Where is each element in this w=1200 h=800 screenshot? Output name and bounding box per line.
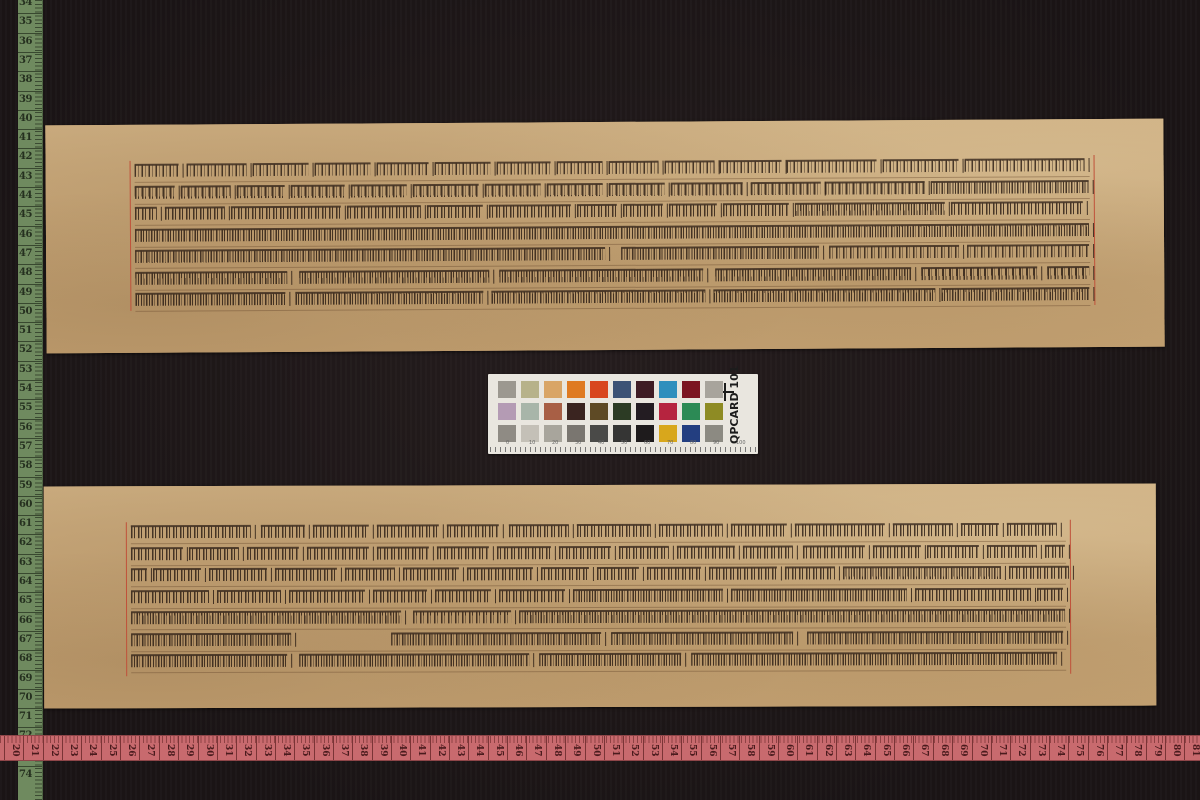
tape-number: 63 [842, 744, 852, 757]
tape-mark: 39 [18, 91, 42, 111]
color-patch [590, 403, 608, 420]
tape-mark: 38 [352, 736, 372, 760]
tape-number: 54 [19, 383, 32, 394]
tibetan-word-group [559, 546, 611, 558]
color-patch [682, 403, 700, 420]
tape-mark: 21 [23, 736, 43, 760]
tape-number: 51 [19, 325, 32, 336]
tape-number: 37 [339, 744, 349, 757]
tibetan-word-group [435, 590, 491, 602]
tibetan-word-group [467, 568, 533, 580]
tape-mark: 61 [797, 736, 817, 760]
tape-mark: 73 [1030, 736, 1050, 760]
tibetan-word-group [731, 525, 787, 537]
tape-number: 56 [19, 422, 32, 433]
tape-number: 42 [19, 151, 32, 162]
tape-number: 69 [958, 744, 968, 757]
tape-number: 66 [19, 615, 32, 626]
color-patch [498, 403, 516, 420]
tape-number: 45 [19, 209, 32, 220]
tibetan-word-group [247, 547, 299, 559]
tibetan-word-group [275, 569, 337, 581]
tape-mark: 65 [875, 736, 895, 760]
tape-number: 35 [300, 744, 310, 757]
tape-number: 60 [19, 499, 32, 510]
tape-number: 46 [19, 229, 32, 240]
tibetan-word-group [731, 589, 907, 601]
tape-mark: 48 [546, 736, 566, 760]
tape-mark: 44 [468, 736, 488, 760]
tibetan-word-group [873, 546, 921, 558]
tibetan-word-group [217, 590, 281, 602]
tibetan-word-group [413, 184, 479, 196]
horizontal-measuring-tape: 2021222324252627282930313233343536373839… [0, 735, 1200, 761]
tibetan-word-group [413, 611, 511, 623]
tape-number: 24 [87, 744, 97, 757]
manuscript-folio-top [45, 119, 1164, 354]
tape-mark: 41 [18, 129, 42, 149]
tape-number: 57 [726, 744, 736, 757]
tibetan-word-group [611, 632, 793, 644]
tibetan-word-group [669, 204, 717, 216]
tape-mark: 47 [526, 736, 546, 760]
manuscript-text-line [131, 627, 1066, 651]
tape-number: 80 [1171, 744, 1181, 757]
tape-number: 46 [513, 744, 523, 757]
tape-number: 71 [19, 711, 32, 722]
tibetan-word-group [577, 205, 617, 217]
tape-mark: 37 [18, 52, 42, 72]
tape-number: 23 [68, 744, 78, 757]
card-scale-label: 70 [667, 440, 673, 446]
tibetan-word-group [391, 632, 601, 645]
tape-mark: 70 [18, 689, 42, 709]
tape-number: 48 [552, 744, 562, 757]
tibetan-word-group [299, 654, 529, 667]
tape-mark: 71 [18, 708, 42, 728]
tape-number: 38 [358, 744, 368, 757]
tibetan-word-group [427, 206, 483, 218]
tape-mark: 51 [18, 322, 42, 342]
tibetan-word-group [677, 546, 735, 558]
tape-number: 79 [1152, 744, 1162, 757]
tape-number: 77 [1113, 744, 1123, 757]
tape-number: 62 [823, 744, 833, 757]
tape-mark: 64 [855, 736, 875, 760]
tape-mark: 62 [18, 534, 42, 554]
tape-mark: 55 [681, 736, 701, 760]
tape-mark: 34 [18, 0, 42, 14]
tape-mark: 59 [759, 736, 779, 760]
tape-mark: 24 [81, 736, 101, 760]
tibetan-word-group [351, 185, 407, 197]
tibetan-word-group [131, 591, 209, 603]
tape-number: 43 [455, 744, 465, 757]
tibetan-word-group [927, 546, 979, 558]
tape-number: 43 [19, 171, 32, 182]
tape-number: 67 [919, 744, 929, 757]
color-patch [544, 381, 562, 398]
tibetan-word-group [135, 224, 1089, 242]
tape-mark: 36 [314, 736, 334, 760]
tibetan-word-group [345, 569, 395, 581]
tibetan-word-group [623, 205, 663, 217]
tibetan-word-group [189, 547, 239, 559]
tape-mark: 72 [1010, 736, 1030, 760]
tibetan-word-group [131, 655, 287, 667]
tibetan-word-group [231, 207, 341, 220]
tibetan-word-group [967, 245, 1089, 258]
tibetan-word-group [307, 547, 369, 559]
tape-mark: 43 [18, 168, 42, 188]
card-scale-label: 80 [690, 440, 696, 446]
tibetan-word-group [691, 653, 1057, 666]
tape-mark: 45 [18, 206, 42, 226]
tape-mark: 50 [585, 736, 605, 760]
tape-mark: 34 [275, 736, 295, 760]
tape-number: 39 [19, 94, 32, 105]
tape-mark: 52 [623, 736, 643, 760]
tape-mark: 77 [1107, 736, 1127, 760]
tape-mark: 48 [18, 264, 42, 284]
tibetan-word-group [491, 290, 705, 303]
tibetan-word-group [131, 633, 291, 645]
tape-number: 35 [19, 16, 32, 27]
card-scale-label: 60 [644, 440, 650, 446]
tape-number: 39 [378, 744, 388, 757]
tape-mark: 63 [836, 736, 856, 760]
tibetan-word-group [751, 182, 821, 194]
manuscript-text-line [131, 649, 1066, 673]
color-calibration-card: QPCARD 101 0102030405060708090100 [488, 374, 758, 454]
tape-number: 52 [19, 344, 32, 355]
tibetan-word-group [647, 568, 701, 580]
tape-mark: 58 [739, 736, 759, 760]
tape-mark: 69 [18, 670, 42, 690]
tape-mark: 31 [217, 736, 237, 760]
tape-number: 64 [861, 744, 871, 757]
tape-number: 33 [262, 744, 272, 757]
tibetan-word-group [295, 292, 483, 305]
tibetan-word-group [713, 289, 935, 302]
color-patch [705, 381, 723, 398]
tape-number: 50 [591, 744, 601, 757]
folio-text-block [126, 520, 1071, 676]
tape-number: 42 [436, 744, 446, 757]
tibetan-word-group [135, 293, 285, 306]
tape-number: 55 [687, 744, 697, 757]
tape-number: 69 [19, 673, 32, 684]
tape-number: 25 [107, 744, 117, 757]
color-patch [567, 381, 585, 398]
card-scale-label: 40 [598, 440, 604, 446]
card-scale-label: 50 [621, 440, 627, 446]
tape-mark: 23 [62, 736, 82, 760]
tibetan-word-group [1037, 588, 1063, 600]
tibetan-word-group [795, 203, 945, 216]
tape-number: 50 [19, 306, 32, 317]
tape-mark: 40 [18, 110, 42, 130]
tibetan-word-group [135, 248, 605, 263]
tibetan-word-group [131, 569, 147, 581]
tibetan-word-group [1045, 545, 1065, 557]
manuscript-text-line [131, 541, 1066, 565]
card-scale-label: 10 [529, 440, 535, 446]
tape-number: 28 [165, 744, 175, 757]
color-patch [521, 403, 539, 420]
tibetan-word-group [135, 271, 287, 284]
tape-mark: 56 [701, 736, 721, 760]
tape-number: 67 [19, 634, 32, 645]
tibetan-word-group [715, 268, 911, 281]
color-patch [590, 381, 608, 398]
tape-number: 53 [649, 744, 659, 757]
tape-mark: 29 [178, 736, 198, 760]
tape-number: 48 [19, 267, 32, 278]
tibetan-word-group [489, 205, 571, 218]
tibetan-word-group [437, 547, 489, 559]
tape-mark: 45 [488, 736, 508, 760]
tibetan-word-group [557, 162, 603, 174]
tape-mark: 50 [18, 303, 42, 323]
tibetan-word-group [181, 186, 231, 198]
card-scale-label: 90 [713, 440, 719, 446]
tape-mark: 60 [18, 496, 42, 516]
tibetan-word-group [743, 546, 793, 558]
tape-mark: 38 [18, 71, 42, 91]
color-patch [659, 381, 677, 398]
tape-mark: 37 [333, 736, 353, 760]
manuscript-folio-bottom [44, 484, 1157, 709]
tibetan-word-group [497, 162, 551, 174]
tape-mark: 57 [18, 438, 42, 458]
tape-mark: 64 [18, 573, 42, 593]
manuscript-text-line [131, 584, 1066, 608]
tibetan-word-group [621, 247, 819, 260]
tape-mark: 80 [1165, 736, 1185, 760]
tape-number: 36 [320, 744, 330, 757]
tibetan-word-group [609, 162, 659, 174]
tape-number: 57 [19, 441, 32, 452]
tape-mark: 44 [18, 187, 42, 207]
tibetan-word-group [843, 567, 1001, 579]
tape-number: 47 [532, 744, 542, 757]
tape-number: 62 [19, 537, 32, 548]
color-patch [544, 403, 562, 420]
tibetan-word-group [961, 524, 999, 536]
tape-number: 32 [242, 744, 252, 757]
tape-mark: 59 [18, 477, 42, 497]
tape-mark: 66 [894, 736, 914, 760]
tape-mark: 60 [778, 736, 798, 760]
color-patch [659, 403, 677, 420]
tibetan-word-group [435, 163, 491, 175]
tape-mark: 36 [18, 33, 42, 53]
tibetan-word-group [1007, 524, 1057, 536]
tibetan-word-group [209, 569, 267, 581]
tape-number: 58 [745, 744, 755, 757]
color-patch [682, 381, 700, 398]
tape-mark: 39 [372, 736, 392, 760]
tape-number: 38 [19, 74, 32, 85]
tape-mark: 70 [972, 736, 992, 760]
tape-mark: 55 [18, 399, 42, 419]
tape-mark: 79 [1146, 736, 1166, 760]
tibetan-word-group [965, 159, 1085, 172]
tibetan-word-group [131, 526, 251, 538]
tape-number: 41 [416, 744, 426, 757]
tape-mark: 33 [256, 736, 276, 760]
tape-number: 78 [1132, 744, 1142, 757]
tibetan-word-group [485, 184, 541, 196]
tape-number: 40 [397, 744, 407, 757]
tibetan-word-group [1009, 567, 1069, 579]
tape-number: 53 [19, 364, 32, 375]
card-scale-label: 20 [552, 440, 558, 446]
tape-number: 36 [19, 36, 32, 47]
tape-number: 54 [668, 744, 678, 757]
tibetan-word-group [403, 568, 459, 580]
tape-mark: 62 [817, 736, 837, 760]
tape-mark: 40 [391, 736, 411, 760]
tape-number: 76 [1094, 744, 1104, 757]
tape-number: 21 [29, 744, 39, 757]
tape-number: 45 [494, 744, 504, 757]
tibetan-word-group [497, 547, 551, 559]
tape-mark: 63 [18, 554, 42, 574]
tape-number: 34 [281, 744, 291, 757]
tibetan-word-group [619, 546, 669, 558]
manuscript-text-line [131, 606, 1066, 630]
tape-number: 20 [10, 744, 20, 757]
color-patch [521, 381, 539, 398]
color-patch [567, 403, 585, 420]
tape-number: 63 [19, 557, 32, 568]
tape-number: 66 [900, 744, 910, 757]
tibetan-word-group [291, 185, 345, 197]
tibetan-word-group [447, 525, 499, 537]
tibetan-word-group [807, 631, 1063, 644]
tape-number: 70 [19, 692, 32, 703]
tape-number: 27 [145, 744, 155, 757]
tibetan-word-group [609, 183, 665, 195]
color-patch [498, 381, 516, 398]
tape-mark: 69 [952, 736, 972, 760]
tape-mark: 30 [198, 736, 218, 760]
tape-mark: 49 [18, 284, 42, 304]
tibetan-word-group [299, 270, 489, 283]
color-patch [636, 403, 654, 420]
tibetan-word-group [915, 588, 1031, 600]
folio-text-block [130, 155, 1096, 311]
tape-number: 55 [19, 402, 32, 413]
tibetan-word-group [253, 164, 309, 176]
tape-number: 29 [184, 744, 194, 757]
tibetan-word-group [131, 548, 183, 560]
tibetan-word-group [261, 526, 305, 538]
tibetan-word-group [153, 569, 201, 581]
tibetan-word-group [597, 568, 639, 580]
tape-mark: 32 [236, 736, 256, 760]
tape-number: 52 [629, 744, 639, 757]
tape-mark: 68 [18, 650, 42, 670]
tape-mark: 61 [18, 515, 42, 535]
tape-mark: 35 [294, 736, 314, 760]
tape-number: 56 [707, 744, 717, 757]
tape-mark: 67 [18, 631, 42, 651]
vertical-measuring-tape: 3435363738394041424344454647484950515253… [18, 0, 43, 800]
tibetan-word-group [671, 183, 743, 195]
tibetan-word-group [665, 161, 715, 173]
tape-mark: 53 [643, 736, 663, 760]
tape-mark: 74 [18, 766, 42, 786]
tape-mark: 75 [1068, 736, 1088, 760]
tibetan-word-group [1047, 267, 1089, 279]
tape-mark: 57 [720, 736, 740, 760]
tape-number: 60 [784, 744, 794, 757]
tibetan-word-group [347, 206, 421, 218]
tape-number: 49 [19, 287, 32, 298]
tape-number: 73 [1036, 744, 1046, 757]
tibetan-word-group [237, 185, 285, 197]
tape-number: 59 [19, 480, 32, 491]
tape-mark: 74 [1049, 736, 1069, 760]
tibetan-word-group [931, 181, 1089, 194]
tibetan-word-group [795, 524, 885, 536]
tape-number: 31 [223, 744, 233, 757]
tape-number: 61 [19, 518, 32, 529]
tape-mark: 49 [565, 736, 585, 760]
tape-mark: 25 [101, 736, 121, 760]
tape-number: 71 [997, 744, 1007, 757]
tape-mark: 76 [1088, 736, 1108, 760]
tape-mark: 42 [18, 148, 42, 168]
tape-number: 65 [19, 595, 32, 606]
tibetan-word-group [135, 208, 157, 220]
tibetan-word-group [541, 568, 589, 580]
tape-mark: 41 [410, 736, 430, 760]
tape-mark: 27 [139, 736, 159, 760]
tape-number: 64 [19, 576, 32, 587]
tape-mark: 46 [18, 226, 42, 246]
tibetan-word-group [289, 590, 365, 602]
tape-mark: 47 [18, 245, 42, 265]
tape-number: 61 [803, 744, 813, 757]
tape-mark: 66 [18, 612, 42, 632]
tape-mark: 65 [18, 592, 42, 612]
color-patch [636, 381, 654, 398]
tape-mark: 46 [507, 736, 527, 760]
tape-number: 65 [881, 744, 891, 757]
tibetan-word-group [315, 163, 371, 175]
tibetan-word-group [135, 165, 179, 177]
tape-number: 58 [19, 460, 32, 471]
tibetan-word-group [951, 202, 1083, 215]
tape-number: 41 [19, 132, 32, 143]
tibetan-word-group [135, 186, 175, 198]
tape-mark: 43 [449, 736, 469, 760]
tape-number: 72 [1016, 744, 1026, 757]
tibetan-word-group [577, 525, 651, 537]
tibetan-word-group [373, 590, 427, 602]
tape-number: 44 [19, 190, 32, 201]
tape-mark: 54 [18, 380, 42, 400]
tape-mark: 67 [913, 736, 933, 760]
manuscript-text-line [135, 284, 1090, 312]
tape-number: 68 [19, 653, 32, 664]
tibetan-word-group [377, 163, 429, 175]
tape-mark: 22 [43, 736, 63, 760]
